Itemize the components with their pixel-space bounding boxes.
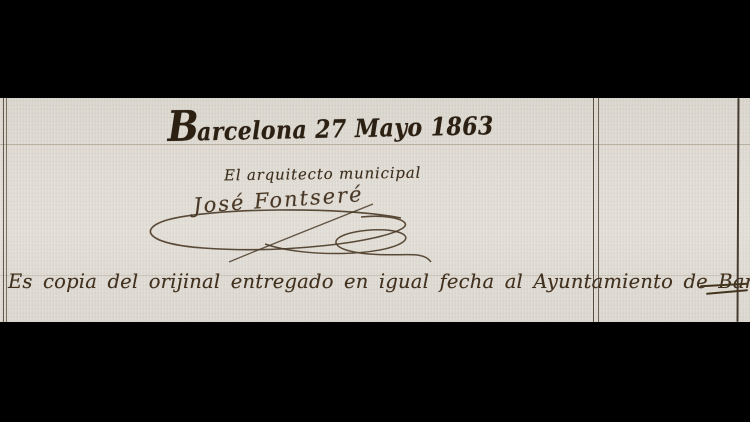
signature-block: José Fontseré [145,186,440,266]
manuscript-paper: Barcelona 27 Mayo 1863 El arquitecto mun… [0,98,750,322]
signature-rubric-flourish [145,202,435,266]
letterbox-bottom-bar [0,322,750,422]
end-mark-stroke-bottom [706,289,748,295]
dateline-text: arcelona 27 Mayo 1863 [197,111,494,146]
dateline-initial-capital: B [167,101,197,151]
left-margin-rule-inner [6,98,7,322]
manuscript-scan: Barcelona 27 Mayo 1863 El arquitecto mun… [0,0,750,422]
end-mark [698,281,750,297]
certification-line: Es copia del orijinal entregado en igual… [8,270,750,293]
letterbox-top-bar [0,0,750,98]
left-margin-rule-outer [3,98,4,322]
end-mark-stroke-top [700,283,748,288]
role-line: El arquitecto municipal [224,164,421,185]
dateline: Barcelona 27 Mayo 1863 [167,96,494,151]
